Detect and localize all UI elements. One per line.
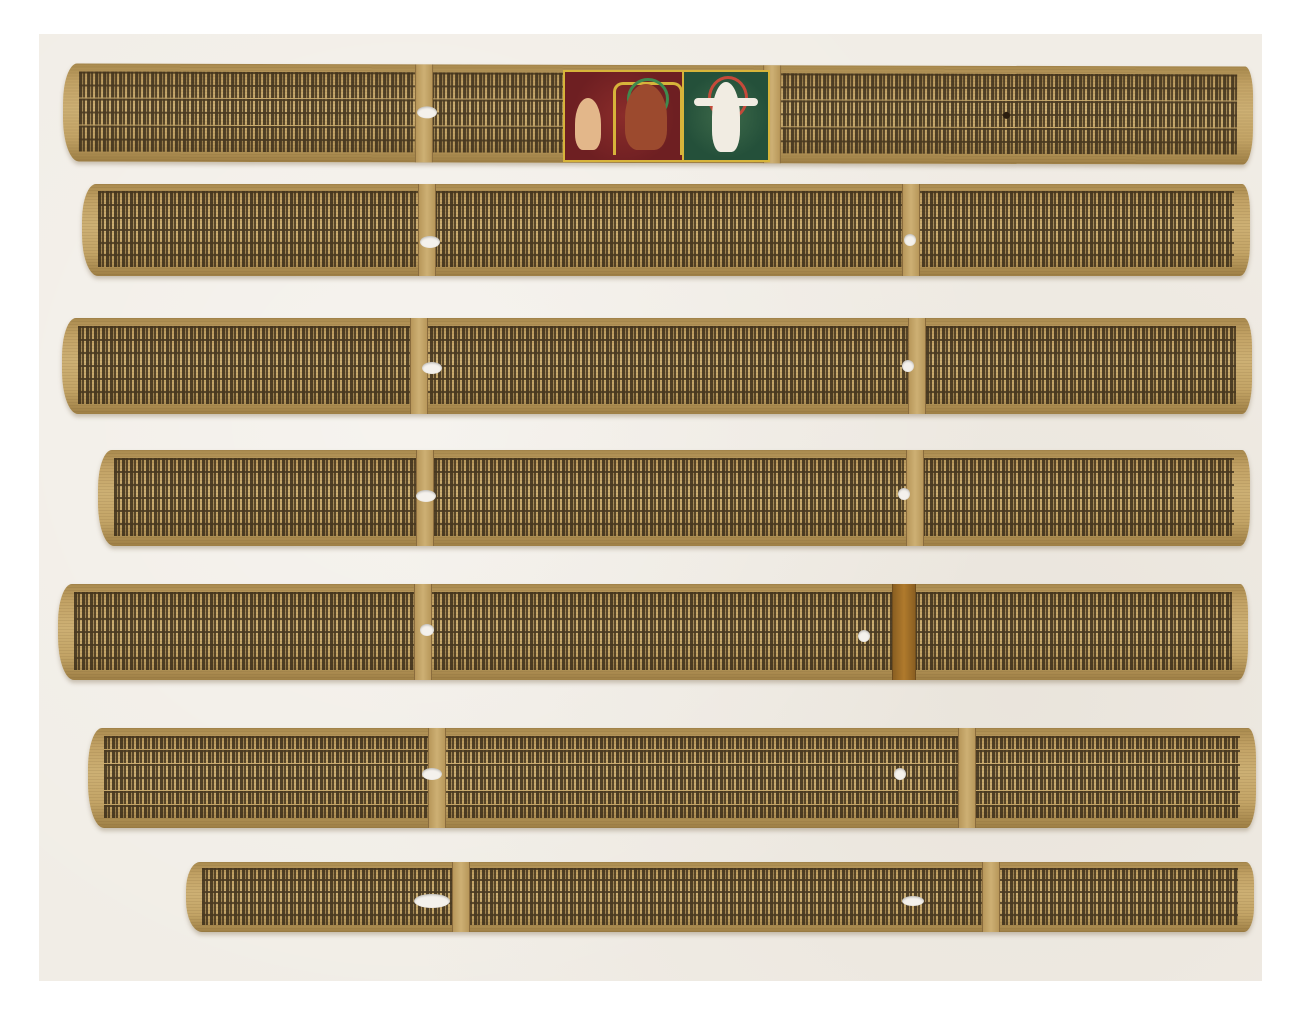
column-divider <box>906 450 924 546</box>
deity-arms <box>694 98 758 106</box>
string-hole <box>416 490 436 502</box>
text-lines <box>98 458 1250 537</box>
buddha-figure <box>625 84 667 150</box>
text-lines <box>58 592 1248 671</box>
text-lines <box>82 191 1250 266</box>
string-hole <box>414 894 450 908</box>
green-panel <box>682 72 768 160</box>
string-hole <box>858 630 870 642</box>
text-lines <box>62 326 1252 405</box>
column-divider <box>452 862 470 932</box>
deity-figure <box>712 82 740 152</box>
string-hole <box>904 234 916 246</box>
string-hole <box>898 488 910 500</box>
manuscript-leaf-2: Leaf 2 <box>82 184 1250 276</box>
string-hole <box>420 236 440 248</box>
string-hole <box>894 768 906 780</box>
text-lines <box>88 736 1256 818</box>
string-hole <box>1003 112 1010 119</box>
manuscript-leaf-3: Leaf 3 <box>62 318 1252 414</box>
manuscript-leaf-6: Leaf 6 <box>88 728 1256 828</box>
string-hole <box>902 360 914 372</box>
string-hole <box>417 106 437 118</box>
string-hole <box>902 896 924 906</box>
column-divider <box>892 584 916 680</box>
painted-miniature: Painted miniature: kneeling devotee, sea… <box>563 70 770 162</box>
manuscript-leaf-4: Leaf 4 <box>98 450 1250 546</box>
manuscript-leaf-7: Leaf 7 <box>186 862 1254 932</box>
manuscript-leaf-5: Leaf 5 <box>58 584 1248 680</box>
string-hole <box>422 362 442 374</box>
column-divider <box>418 184 436 276</box>
string-hole <box>420 624 434 636</box>
red-panel <box>565 72 682 160</box>
text-lines <box>186 868 1254 925</box>
column-divider <box>958 728 976 828</box>
column-divider <box>902 184 920 276</box>
devotee-figure <box>575 98 601 150</box>
column-divider <box>982 862 1000 932</box>
string-hole <box>422 768 442 780</box>
